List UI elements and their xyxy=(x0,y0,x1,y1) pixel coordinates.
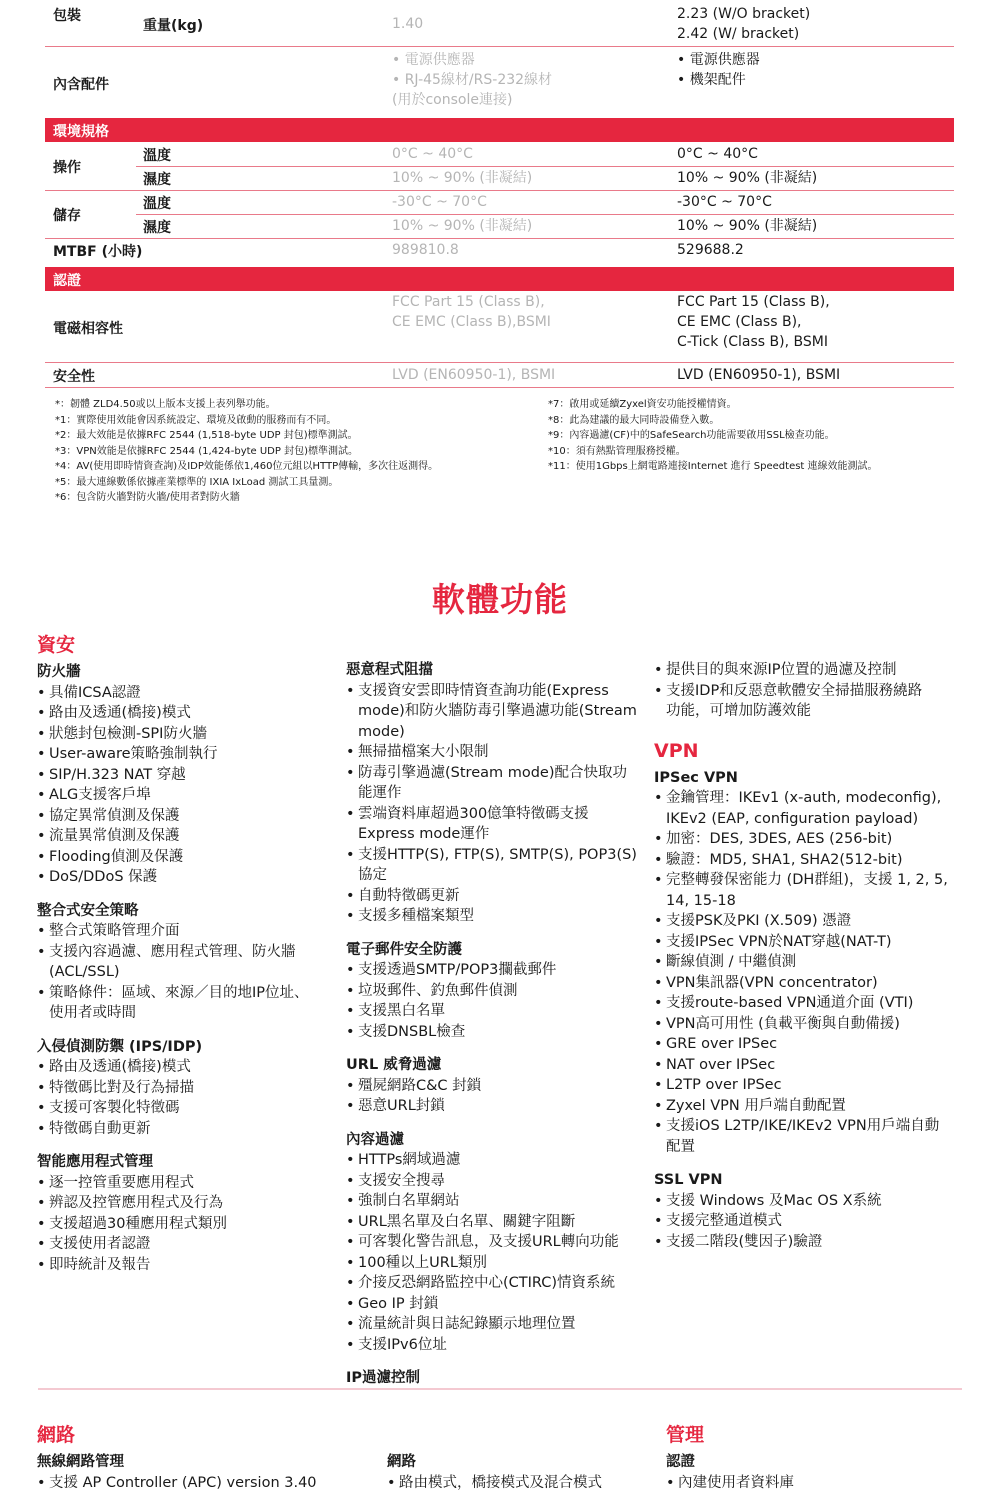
safety-label: 安全性 xyxy=(53,366,95,386)
footnote: *6：包含防火牆對防火牆/使用者對防火牆 xyxy=(55,490,438,506)
networking-column-1: 網路 無線網路管理 支援 AP Controller (APC) version… xyxy=(37,1422,337,1493)
list-item: HTTPs網域過濾 xyxy=(346,1150,646,1171)
footnote: *4：AV(使用即時情資查詢)及IDP效能係依1,460位元組以HTTP傳輸，多… xyxy=(55,459,438,475)
environment-band: 環境規格 xyxy=(45,118,954,142)
spacer xyxy=(346,1117,641,1130)
list-item: VPN集訊器(VPN concentrator) xyxy=(654,973,949,994)
management-column: 管理 認證 內建使用者資料庫 xyxy=(666,1422,956,1493)
spacer xyxy=(37,888,337,901)
certification-band: 認證 xyxy=(45,267,954,291)
list-item: 支援黑白名單 xyxy=(346,1001,641,1022)
list-item: Zyxel VPN 用戶端自動配置 xyxy=(654,1096,949,1117)
list-item: 特徵碼比對及行為掃描 xyxy=(37,1078,337,1099)
ipsec-vpn-list: 金鑰管理：IKEv1 (x-auth, modeconfig), IKEv2 (… xyxy=(654,788,949,1157)
list-item: 具備ICSA認證 xyxy=(37,683,337,704)
list-item: 支援DNSBL檢查 xyxy=(346,1022,641,1043)
ssl-vpn-list: 支援 Windows 及Mac OS X系統 支援完整通道模式 支援二階段(雙因… xyxy=(654,1191,954,1253)
footnote: *9：內容過濾(CF)中的SafeSearch功能需要啟用SSL檢查功能。 xyxy=(548,428,878,444)
list-item: 加密：DES, 3DES, AES (256-bit) xyxy=(654,829,949,850)
footnote: *10：須有熱點管理服務授權。 xyxy=(548,444,878,460)
environment-band-label: 環境規格 xyxy=(53,121,109,141)
section-divider xyxy=(38,1388,962,1390)
list-item: 逐一控管重要應用程式 xyxy=(37,1173,337,1194)
list-item: 支援二階段(雙因子)驗證 xyxy=(654,1232,954,1253)
row-divider xyxy=(136,166,954,167)
st-humidity-v2: 10% ~ 90% (非凝結) xyxy=(677,216,817,236)
safety-v1: LVD (EN60950-1), BSMI xyxy=(392,365,555,385)
list-item: 惡意URL封鎖 xyxy=(346,1096,641,1117)
row-divider xyxy=(45,387,954,388)
list-item: URL黑名單及白名單、關鍵字阻斷 xyxy=(346,1212,646,1233)
ips-list: 路由及透通(橋接)模式 特徵碼比對及行為掃描 支援可客製化特徵碼 特徵碼自動更新 xyxy=(37,1057,337,1139)
list-item: 路由及透通(橋接)模式 xyxy=(37,1057,337,1078)
vpn-category-heading: VPN xyxy=(654,738,954,764)
emc-v2-line-3: C-Tick (Class B), BSMI xyxy=(677,332,828,352)
list-item: 支援資安雲即時情資查詢功能(Express mode)和防火牆防毒引擎過濾功能(… xyxy=(346,681,641,743)
st-temp-label: 溫度 xyxy=(143,193,171,213)
footnote: *3：VPN效能是依據RFC 2544 (1,424-byte UDP 封包)標… xyxy=(55,444,438,460)
spacer xyxy=(654,722,954,738)
content-filter-heading: 內容過濾 xyxy=(346,1130,641,1151)
footnote: *：韌體 ZLD4.50或以上版本支援上表列舉功能。 xyxy=(55,397,438,413)
list-item: 防毒引擎過濾(Stream mode)配合快取功能運作 xyxy=(346,763,641,804)
st-humidity-v1: 10% ~ 90% (非凝結) xyxy=(392,216,532,236)
security-category-heading: 資安 xyxy=(37,632,337,658)
list-item: 特徵碼自動更新 xyxy=(37,1119,337,1140)
list-item: L2TP over IPSec xyxy=(654,1075,949,1096)
security-column-2: 惡意程式阻擋 支援資安雲即時情資查詢功能(Express mode)和防火牆防毒… xyxy=(346,660,641,1389)
spacer xyxy=(346,1355,641,1368)
st-temp-v2: -30°C ~ 70°C xyxy=(677,192,772,212)
authentication-list: 內建使用者資料庫 xyxy=(666,1473,956,1494)
list-item: 狀態封包檢測-SPI防火牆 xyxy=(37,724,337,745)
list-item: 雲端資料庫超過300億筆特徵碼支援Express mode運作 xyxy=(346,804,641,845)
packaging-label: 包裝 xyxy=(53,5,81,25)
security-vpn-column-3: 提供目的與來源IP位置的過濾及控制 支援IDP和反惡意軟體安全掃描服務繞路功能，… xyxy=(654,660,954,1252)
op-humidity-label: 濕度 xyxy=(143,169,171,189)
footnote: *5：最大連線數係依據產業標準的 IXIA IxLoad 測試工具量測。 xyxy=(55,475,438,491)
list-item: 支援超過30種應用程式類別 xyxy=(37,1214,337,1235)
list-item: 路由模式，橋接模式及混合模式 xyxy=(387,1473,657,1494)
mtbf-v2: 529688.2 xyxy=(677,240,744,260)
weight-value-2-line-1: 2.23 (W/O bracket) xyxy=(677,4,810,24)
ips-heading: 入侵偵測防禦 (IPS/IDP) xyxy=(37,1037,337,1058)
list-item: 支援安全搜尋 xyxy=(346,1171,646,1192)
operating-label: 操作 xyxy=(53,157,81,177)
footnotes-left: *：韌體 ZLD4.50或以上版本支援上表列舉功能。 *1：實際使用效能會因系統… xyxy=(55,397,438,506)
list-item: 支援完整通道模式 xyxy=(654,1211,954,1232)
spacer xyxy=(37,1139,337,1152)
spacer xyxy=(346,927,641,940)
accessories-v1-line-2: • RJ-45線材/RS-232線材 xyxy=(392,70,552,90)
management-category-heading: 管理 xyxy=(666,1422,956,1448)
anti-malware-heading: 惡意程式阻擋 xyxy=(346,660,641,681)
list-item: Geo IP 封鎖 xyxy=(346,1294,646,1315)
spacer xyxy=(654,1157,954,1170)
footnotes-right: *7：啟用或延續Zyxel資安功能授權情資。 *8：此為建議的最大同時設備登入數… xyxy=(548,397,878,475)
list-item: 自動特徵碼更新 xyxy=(346,886,641,907)
certification-band-label: 認證 xyxy=(53,270,81,290)
op-temp-label: 溫度 xyxy=(143,145,171,165)
row-divider xyxy=(45,238,954,239)
list-item: 支援使用者認證 xyxy=(37,1234,337,1255)
footnote: *7：啟用或延續Zyxel資安功能授權情資。 xyxy=(548,397,878,413)
list-item: 完整轉發保密能力 (DH群組)，支援 1, 2, 5, 14, 15-18 xyxy=(654,870,949,911)
footnote: *1：實際使用效能會因系統設定、環境及啟動的服務而有不同。 xyxy=(55,413,438,429)
content-filter-list: HTTPs網域過濾 支援安全搜尋 強制白名單網站 URL黑名單及白名單、關鍵字阻… xyxy=(346,1150,646,1355)
footnote: *2：最大效能是依據RFC 2544 (1,518-byte UDP 封包)標準… xyxy=(55,428,438,444)
software-features-title: 軟體功能 xyxy=(0,574,1000,621)
list-item: 提供目的與來源IP位置的過濾及控制 xyxy=(654,660,934,681)
accessories-v2-line-1: • 電源供應器 xyxy=(677,50,760,70)
unified-policy-list: 整合式策略管理介面 支援內容過濾、應用程式管理、防火牆(ACL/SSL) 策略條… xyxy=(37,921,322,1024)
network-heading: 網路 xyxy=(387,1452,657,1473)
ip-filter-heading: IP過濾控制 xyxy=(346,1368,641,1389)
emc-v1-line-2: CE EMC (Class B),BSMI xyxy=(392,312,551,332)
list-item: 流量異常偵測及保護 xyxy=(37,826,337,847)
emc-v1-line-1: FCC Part 15 (Class B), xyxy=(392,292,545,312)
list-item: 辨認及控管應用程式及行為 xyxy=(37,1193,337,1214)
list-item: 支援IPSec VPN於NAT穿越(NAT-T) xyxy=(654,932,949,953)
ssl-vpn-heading: SSL VPN xyxy=(654,1170,954,1191)
email-security-list: 支援透過SMTP/POP3攔截郵件 垃圾郵件、釣魚郵件偵測 支援黑白名單 支援D… xyxy=(346,960,641,1042)
list-item: 支援透過SMTP/POP3攔截郵件 xyxy=(346,960,641,981)
list-item: ALG支援客戶埠 xyxy=(37,785,337,806)
list-item: 支援可客製化特徵碼 xyxy=(37,1098,337,1119)
list-item: 路由及透通(橋接)模式 xyxy=(37,703,337,724)
mtbf-v1: 989810.8 xyxy=(392,240,459,260)
accessories-v1-line-1: • 電源供應器 xyxy=(392,50,475,70)
app-mgmt-heading: 智能應用程式管理 xyxy=(37,1152,337,1173)
op-temp-v1: 0°C ~ 40°C xyxy=(392,144,473,164)
list-item: DoS/DDoS 保護 xyxy=(37,867,337,888)
row-divider xyxy=(136,214,954,215)
ipsec-vpn-heading: IPSec VPN xyxy=(654,768,954,789)
op-humidity-v2: 10% ~ 90% (非凝結) xyxy=(677,168,817,188)
row-divider xyxy=(45,190,954,191)
list-item: 強制白名單網站 xyxy=(346,1191,646,1212)
emc-label: 電磁相容性 xyxy=(53,318,123,338)
email-security-heading: 電子郵件安全防護 xyxy=(346,940,641,961)
safety-v2: LVD (EN60950-1), BSMI xyxy=(677,365,840,385)
firewall-list: 具備ICSA認證 路由及透通(橋接)模式 狀態封包檢測-SPI防火牆 User-… xyxy=(37,683,337,888)
st-temp-v1: -30°C ~ 70°C xyxy=(392,192,487,212)
networking-column-2: 網路 路由模式，橋接模式及混合模式 xyxy=(387,1452,657,1493)
op-temp-v2: 0°C ~ 40°C xyxy=(677,144,758,164)
app-mgmt-list: 逐一控管重要應用程式 辨認及控管應用程式及行為 支援超過30種應用程式類別 支援… xyxy=(37,1173,337,1276)
security-column-1: 資安 防火牆 具備ICSA認證 路由及透通(橋接)模式 狀態封包檢測-SPI防火… xyxy=(37,632,337,1275)
list-item: 支援內容過濾、應用程式管理、防火牆(ACL/SSL) xyxy=(37,942,322,983)
unified-policy-heading: 整合式安全策略 xyxy=(37,901,337,922)
list-item: 金鑰管理：IKEv1 (x-auth, modeconfig), IKEv2 (… xyxy=(654,788,949,829)
row-divider xyxy=(45,362,954,363)
emc-v2-line-1: FCC Part 15 (Class B), xyxy=(677,292,830,312)
spacer xyxy=(37,1024,337,1037)
list-item: 支援 AP Controller (APC) version 3.40 xyxy=(37,1473,337,1494)
op-humidity-v1: 10% ~ 90% (非凝結) xyxy=(392,168,532,188)
wireless-mgmt-heading: 無線網路管理 xyxy=(37,1452,337,1473)
st-humidity-label: 濕度 xyxy=(143,217,171,237)
accessories-label: 內含配件 xyxy=(53,74,109,94)
weight-value-2-line-2: 2.42 (W/ bracket) xyxy=(677,24,799,44)
spacer xyxy=(346,1042,641,1055)
list-item: 支援多種檔案類型 xyxy=(346,906,641,927)
weight-value-1: 1.40 xyxy=(392,14,423,34)
list-item: 殭屍網路C&C 封鎖 xyxy=(346,1076,641,1097)
list-item: 即時統計及報告 xyxy=(37,1255,337,1276)
row-divider xyxy=(45,46,954,47)
list-item: Flooding偵測及保護 xyxy=(37,847,337,868)
network-list: 路由模式，橋接模式及混合模式 xyxy=(387,1473,657,1494)
list-item: User-aware策略強制執行 xyxy=(37,744,337,765)
list-item: 整合式策略管理介面 xyxy=(37,921,322,942)
list-item: 流量統計與日誌紀錄顯示地理位置 xyxy=(346,1314,646,1335)
accessories-v2-line-2: • 機架配件 xyxy=(677,70,746,90)
list-item: 支援IPv6位址 xyxy=(346,1335,646,1356)
list-item: 斷線偵測 / 中繼偵測 xyxy=(654,952,949,973)
list-item: GRE over IPSec xyxy=(654,1034,949,1055)
wireless-mgmt-list: 支援 AP Controller (APC) version 3.40 xyxy=(37,1473,337,1494)
list-item: 支援PSK及PKI (X.509) 憑證 xyxy=(654,911,949,932)
list-item: 支援IDP和反惡意軟體安全掃描服務繞路功能，可增加防護效能 xyxy=(654,681,934,722)
list-item: 內建使用者資料庫 xyxy=(666,1473,956,1494)
list-item: 支援iOS L2TP/IKE/IKEv2 VPN用戶端自動配置 xyxy=(654,1116,949,1157)
mtbf-label: MTBF (小時) xyxy=(53,241,142,261)
list-item: 驗證：MD5, SHA1, SHA2(512-bit) xyxy=(654,850,949,871)
anti-malware-list: 支援資安雲即時情資查詢功能(Express mode)和防火牆防毒引擎過濾功能(… xyxy=(346,681,641,927)
networking-category-heading: 網路 xyxy=(37,1422,337,1448)
list-item: 支援 Windows 及Mac OS X系統 xyxy=(654,1191,954,1212)
list-item: 無掃描檔案大小限制 xyxy=(346,742,641,763)
url-threat-list: 殭屍網路C&C 封鎖 惡意URL封鎖 xyxy=(346,1076,641,1117)
ip-filter-list: 提供目的與來源IP位置的過濾及控制 支援IDP和反惡意軟體安全掃描服務繞路功能，… xyxy=(654,660,934,722)
list-item: 100種以上URL類別 xyxy=(346,1253,646,1274)
url-threat-heading: URL 威脅過濾 xyxy=(346,1055,641,1076)
list-item: 協定異常偵測及保護 xyxy=(37,806,337,827)
list-item: 支援route-based VPN通道介面 (VTI) xyxy=(654,993,949,1014)
footnote: *8：此為建議的最大同時設備登入數。 xyxy=(548,413,878,429)
accessories-v1-line-3: (用於console連接) xyxy=(392,90,512,110)
list-item: 可客製化警告訊息，及支援URL轉向功能 xyxy=(346,1232,646,1253)
authentication-heading: 認證 xyxy=(666,1452,956,1473)
weight-label: 重量(kg) xyxy=(143,15,203,35)
list-item: NAT over IPSec xyxy=(654,1055,949,1076)
list-item: 策略條件：區域、來源／目的地IP位址、使用者或時間 xyxy=(37,983,322,1024)
list-item: 垃圾郵件、釣魚郵件偵測 xyxy=(346,981,641,1002)
firewall-heading: 防火牆 xyxy=(37,662,337,683)
list-item: 支援HTTP(S), FTP(S), SMTP(S), POP3(S)協定 xyxy=(346,845,641,886)
list-item: 介接反恐網路監控中心(CTIRC)情資系統 xyxy=(346,1273,646,1294)
storage-label: 儲存 xyxy=(53,205,81,225)
list-item: SIP/H.323 NAT 穿越 xyxy=(37,765,337,786)
footnote: *11：使用1Gbps上網電路連接Internet 進行 Speedtest 連… xyxy=(548,459,878,475)
emc-v2-line-2: CE EMC (Class B), xyxy=(677,312,801,332)
list-item: VPN高可用性 (負載平衡與自動備援) xyxy=(654,1014,949,1035)
